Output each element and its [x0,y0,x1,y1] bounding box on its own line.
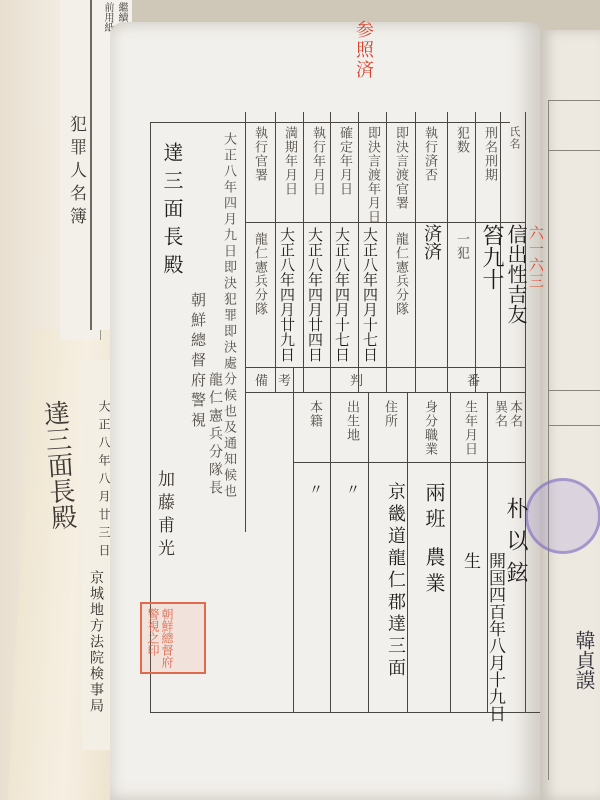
label-birthdate: 生年月日 [460,400,479,456]
value-sentence: 笞九十 [476,224,507,290]
label-status-occupation: 身分職業 [420,400,439,456]
value-execution-office: 龍仁憲兵分隊 [250,232,269,316]
value-expiry-date: 大正八年四月廿九日 [277,227,298,362]
label-confirm-date: 確定年月日 [335,126,354,196]
label-birthplace: 出生地 [342,400,361,442]
value-execution-date: 大正八年四月廿四日 [305,227,326,362]
label-execution-office: 執行官署 [250,126,269,182]
value-sentence-date: 大正八年四月十七日 [360,227,381,362]
register-title: 犯罪人名簿 [64,115,89,230]
official-seal: 朝鮮總督府警視之印 [140,602,206,674]
facing-page-handwriting: 韓貞謨 [570,630,599,690]
red-annotation-top: 参照済 [350,20,376,80]
label-sentence: 刑名刑期 [480,126,499,182]
seal-text: 朝鮮總督府警視之印 [146,608,174,672]
addressee: 達三面長殿 [158,142,187,282]
label-address: 住所 [380,400,399,428]
value-birthplace: 〃 [342,482,362,496]
value-confirm-date: 大正八年四月十七日 [332,227,353,362]
label-crime-count: 犯数 [452,126,471,154]
facing-page: 韓貞謨 [540,30,600,800]
section-header: 判 番 [350,370,530,389]
value-birthdate: 開国四百年八月十九日生 [458,552,508,722]
label-expiry-date: 満期年月日 [280,126,299,196]
label-alias: 異名 [490,400,509,428]
slip-office: 京城地方法院検事局 [86,570,106,714]
record-table: 氏名 刑名刑期 犯数 執行済否 即決言渡官署 即決言渡年月日 確定年月日 執行年… [150,112,540,722]
value-occupation: 兩班 農業 [420,482,449,598]
label-sentence-date: 即決言渡年月日 [363,126,382,224]
remarks-header: 備考 [255,370,301,389]
label-execution-date: 執行年月日 [308,126,327,196]
value-domicile: 〃 [305,482,325,496]
label-name: 氏名 [506,126,522,150]
label-domicile: 本籍 [305,400,324,428]
label-executed: 執行済否 [420,126,439,182]
label-office: 即決言渡官署 [391,126,410,210]
signatory-name: 加藤甫光 [152,470,177,562]
value-office: 龍仁憲兵分隊 [391,232,410,316]
value-crime-count: 一犯 [452,232,471,260]
sender-position: 龍仁憲兵分隊長 [205,372,225,498]
value-executed: 済済 [418,224,444,260]
value-address: 京畿道龍仁郡達三面 [382,482,408,680]
